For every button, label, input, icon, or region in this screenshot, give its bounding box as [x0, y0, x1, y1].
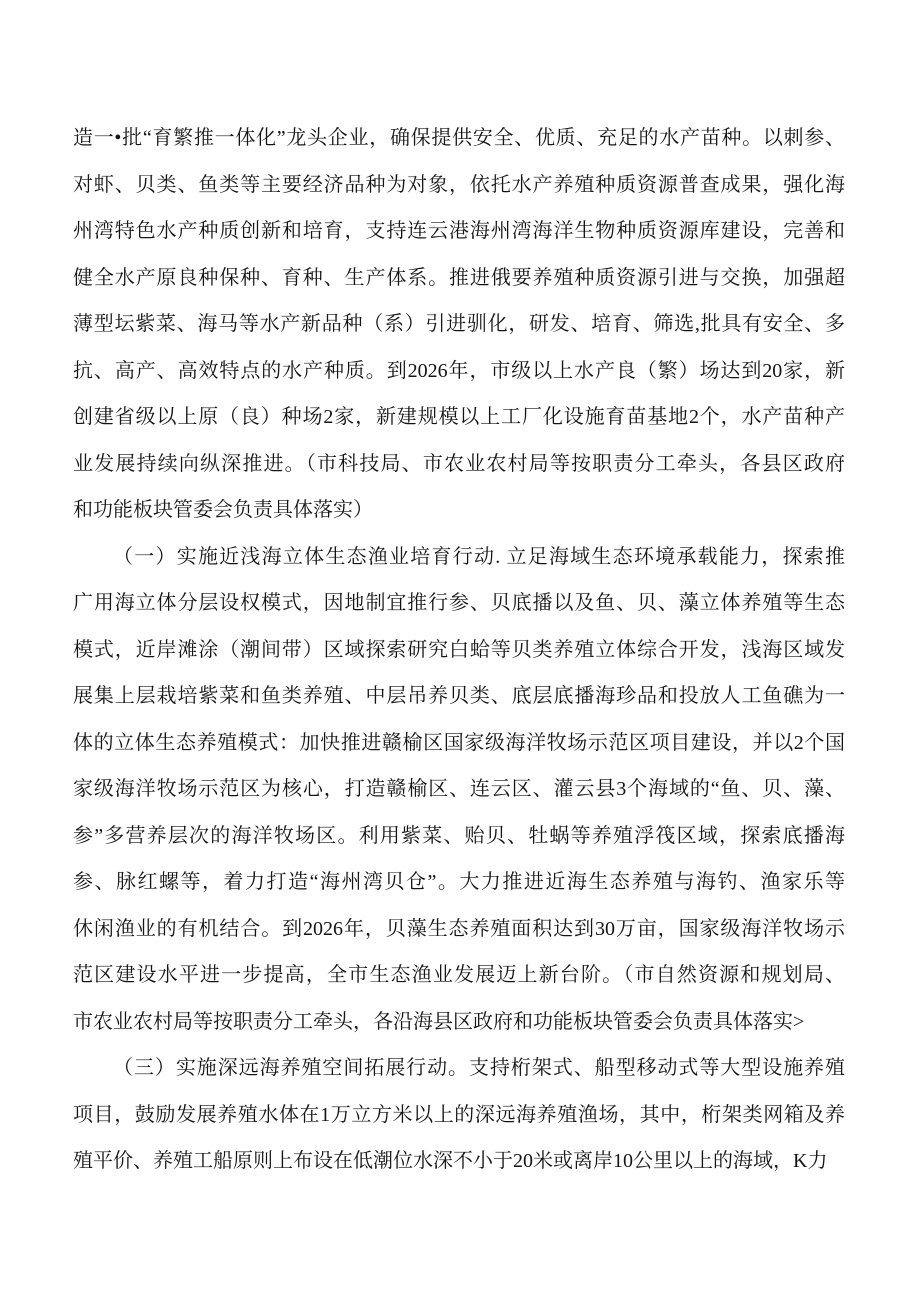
text-line: 模式，近岸滩涂（潮间带）区域探索研究白蛤等贝类养殖立体综合开发，浅海区域发	[73, 627, 845, 674]
text-line: 市农业农村局等按职责分工牵头，各沿海县区政府和功能板块管委会负责具体落实>	[73, 999, 845, 1046]
text-line: 殖平价、养殖工船原则上布设在低潮位水深不小于20米或离岸10公里以上的海域，K力	[73, 1138, 845, 1185]
text-line: 广用海立体分层设权模式，因地制宜推行参、贝底播以及鱼、贝、藻立体养殖等生态	[73, 580, 845, 627]
text-line: （一）实施近浅海立体生态渔业培育行动. 立足海域生态环境承载能力，探索推	[73, 534, 845, 581]
document-body: 造一•批“育繁推一体化”龙头企业，确保提供安全、优质、充足的水产苗种。以刺参、对…	[0, 0, 920, 1185]
text-line: 参、脉红螺等，着力打造“海州湾贝仓”。大力推进近海生态养殖与海钓、渔家乐等	[73, 859, 845, 906]
paragraph-action-nearshore-ecological-fishery: （一）实施近浅海立体生态渔业培育行动. 立足海域生态环境承载能力，探索推广用海立…	[73, 534, 845, 1046]
text-line: 薄型坛紫菜、海马等水产新品种（系）引进驯化，研发、培育、筛选,批具有安全、多	[73, 301, 845, 348]
document-page: 造一•批“育繁推一体化”龙头企业，确保提供安全、优质、充足的水产苗种。以刺参、对…	[0, 0, 920, 1301]
text-line: 参”多营养层次的海洋牧场区。利用紫菜、贻贝、牡蜗等养殖浮筏区域，探索底播海	[73, 813, 845, 860]
text-line: 和功能板块管委会负责具体落实）	[73, 487, 845, 534]
text-line: 休闲渔业的有机结合。到2026年，贝藻生态养殖面积达到30万亩，国家级海洋牧场示	[73, 906, 845, 953]
text-line: 州湾特色水产种质创新和培育，支持连云港海州湾海洋生物种质资源库建设，完善和	[73, 208, 845, 255]
text-line: 业发展持续向纵深推进。（市科技局、市农业农村局等按职责分工牵头，各县区政府	[73, 441, 845, 488]
text-line: 体的立体生态养殖模式：加快推进赣榆区国家级海洋牧场示范区项目建设，并以2个国	[73, 720, 845, 767]
text-line: 对虾、贝类、鱼类等主要经济品种为对象，依托水产养殖种质资源普查成果，强化海	[73, 162, 845, 209]
text-line: 抗、高产、高效特点的水产种质。到2026年，市级以上水产良（繁）场达到20家，新	[73, 348, 845, 395]
paragraph-seed-industry: 造一•批“育繁推一体化”龙头企业，确保提供安全、优质、充足的水产苗种。以刺参、对…	[73, 115, 845, 534]
text-line: 创建省级以上原（良）种场2家，新建规模以上工厂化设施育苗基地2个，水产苗种产	[73, 394, 845, 441]
text-line: 展集上层栽培紫菜和鱼类养殖、中层吊养贝类、底层底播海珍品和投放人工鱼礁为一	[73, 673, 845, 720]
text-line: 健全水产原良种保种、育种、生产体系。推进俄要养殖种质资源引进与交换，加强超	[73, 255, 845, 302]
paragraph-action-deep-sea-aquaculture: （三）实施深远海养殖空间拓展行动。支持桁架式、船型移动式等大型设施养殖项目，鼓励…	[73, 1045, 845, 1185]
text-line: 造一•批“育繁推一体化”龙头企业，确保提供安全、优质、充足的水产苗种。以刺参、	[73, 115, 845, 162]
text-line: （三）实施深远海养殖空间拓展行动。支持桁架式、船型移动式等大型设施养殖	[73, 1045, 845, 1092]
text-line: 范区建设水平进一步提高，全市生态渔业发展迈上新台阶。（市自然资源和规划局、	[73, 952, 845, 999]
text-line: 家级海洋牧场示范区为核心，打造赣榆区、连云区、灌云县3个海域的“鱼、贝、藻、	[73, 766, 845, 813]
text-line: 项目，鼓励发展养殖水体在1万立方米以上的深远海养殖渔场，其中，桁架类网箱及养	[73, 1092, 845, 1139]
